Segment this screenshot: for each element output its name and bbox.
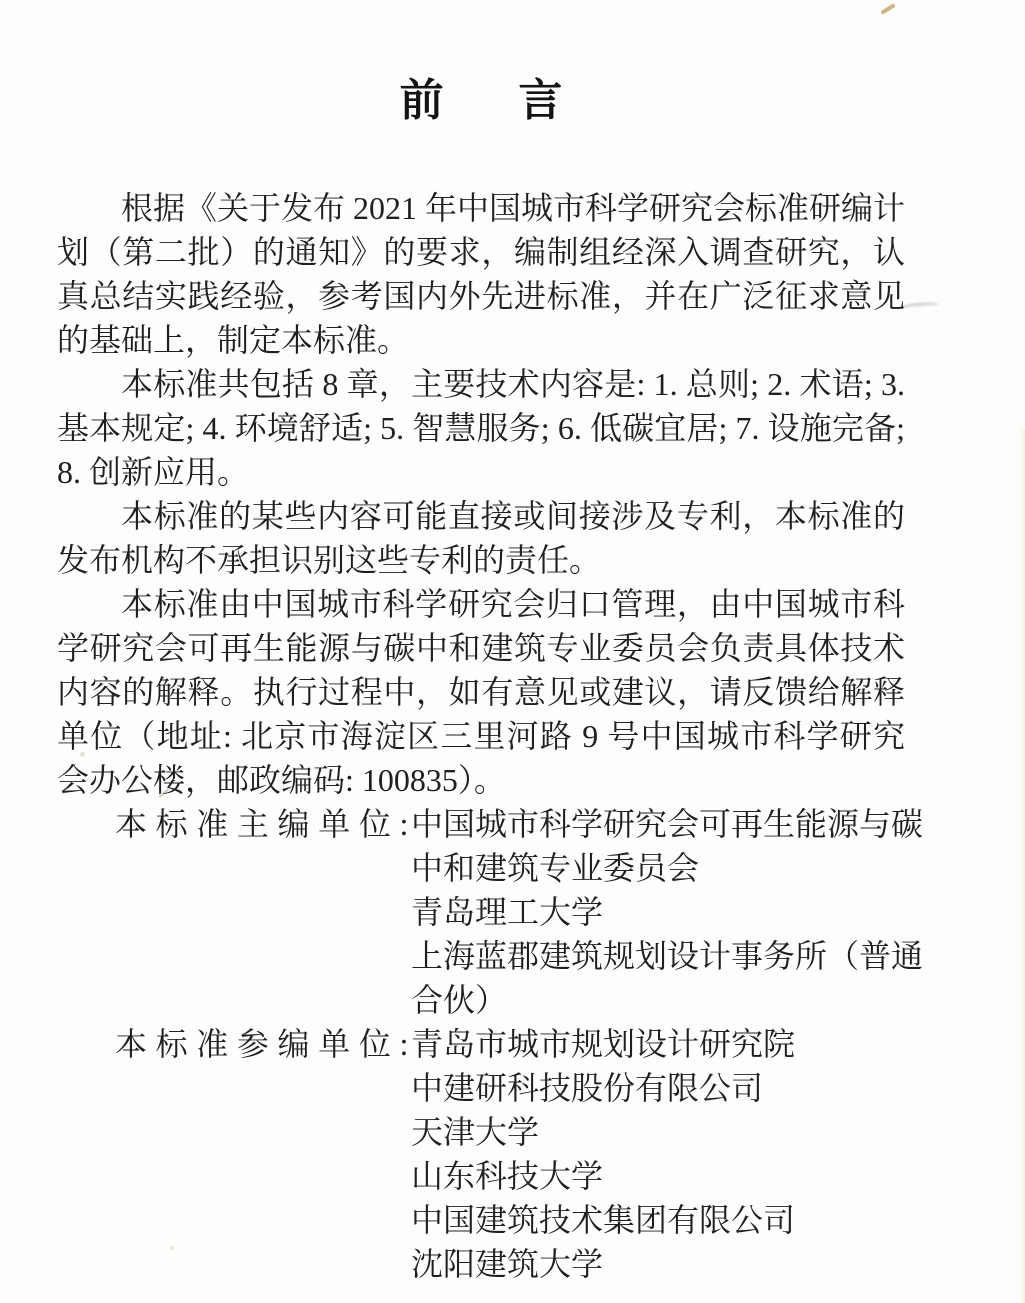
- preface-body: 根据《关于发布 2021 年中国城市科学研究会标准研编计划（第二批）的通知》的要…: [57, 186, 905, 1286]
- scan-edge-tint: [1019, 430, 1025, 1303]
- participating-editor-orgs: 青岛市城市规划设计研究院 中建研科技股份有限公司 天津大学 山东科技大学 中国建…: [411, 1022, 927, 1286]
- org-item: 青岛市城市规划设计研究院: [411, 1022, 927, 1066]
- org-item: 上海蓝郡建筑规划设计事务所（普通合伙）: [411, 934, 927, 1022]
- org-item: 中国城市科学研究会可再生能源与碳中和建筑专业委员会: [411, 802, 927, 890]
- org-item: 沈阳建筑大学: [411, 1242, 927, 1286]
- document-page: 前 言 根据《关于发布 2021 年中国城市科学研究会标准研编计划（第二批）的通…: [0, 0, 1025, 1303]
- paragraph-management: 本标准由中国城市科学研究会归口管理，由中国城市科学研究会可再生能源与碳中和建筑专…: [57, 582, 905, 802]
- scan-mark-top-right: [880, 3, 896, 15]
- org-item: 中国建筑技术集团有限公司: [411, 1198, 927, 1242]
- participating-editor-label: 本标准参编单位:: [115, 1022, 411, 1066]
- paragraph-chapters: 本标准共包括 8 章，主要技术内容是: 1. 总则; 2. 术语; 3. 基本规…: [57, 362, 905, 494]
- org-item: 山东科技大学: [411, 1154, 927, 1198]
- participating-editor-section: 本标准参编单位: 青岛市城市规划设计研究院 中建研科技股份有限公司 天津大学 山…: [57, 1022, 905, 1286]
- paragraph-patents: 本标准的某些内容可能直接或间接涉及专利，本标准的发布机构不承担识别这些专利的责任…: [57, 494, 905, 582]
- org-item: 中建研科技股份有限公司: [411, 1066, 927, 1110]
- paragraph-basis: 根据《关于发布 2021 年中国城市科学研究会标准研编计划（第二批）的通知》的要…: [57, 186, 905, 362]
- org-item: 天津大学: [411, 1110, 927, 1154]
- page-content: 前 言 根据《关于发布 2021 年中国城市科学研究会标准研编计划（第二批）的通…: [57, 64, 905, 1286]
- page-title: 前 言: [57, 64, 905, 128]
- chief-editor-label: 本标准主编单位:: [115, 802, 411, 846]
- org-item: 青岛理工大学: [411, 890, 927, 934]
- chief-editor-orgs: 中国城市科学研究会可再生能源与碳中和建筑专业委员会 青岛理工大学 上海蓝郡建筑规…: [411, 802, 927, 1022]
- chief-editor-section: 本标准主编单位: 中国城市科学研究会可再生能源与碳中和建筑专业委员会 青岛理工大…: [57, 802, 905, 1022]
